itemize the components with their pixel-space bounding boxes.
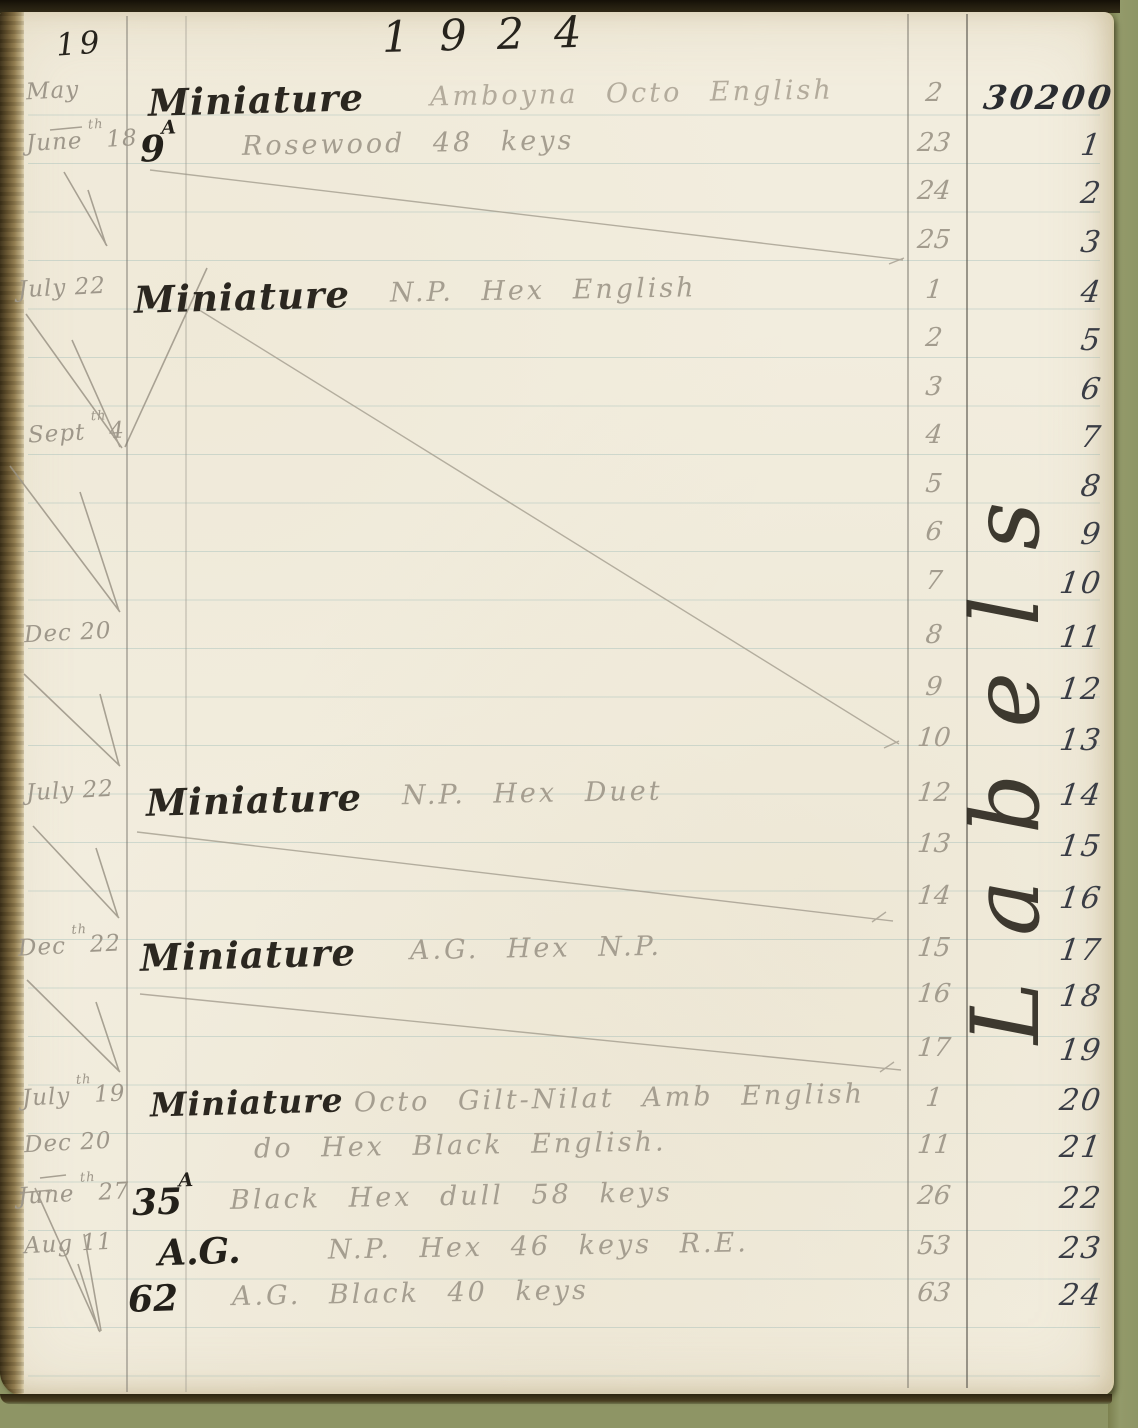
ledger-row: June th18 9A Rosewood 48 keys 23 1	[0, 128, 1112, 180]
ledger-row: Dec 20 do Hex Black English. 11 21	[0, 1130, 1112, 1182]
entry-ink-word: Miniature	[145, 775, 362, 825]
entry-date: Aug 11	[23, 1229, 113, 1260]
entry-serial: 22	[954, 1181, 1105, 1216]
entry-date: July 22	[25, 776, 114, 807]
ledger-row: 25 3	[0, 225, 1112, 277]
entry-serial: 13	[954, 723, 1105, 758]
entry-serial: 20	[954, 1083, 1105, 1118]
entry-serial: 15	[954, 829, 1105, 864]
ledger-row: Dec 20 8 11	[0, 620, 1112, 672]
ledger-row: July 22 Miniature N.P. Hex Duet 12 14	[0, 778, 1112, 830]
entry-serial: 14	[954, 778, 1105, 813]
entry-ink-word: Miniature	[150, 1080, 345, 1124]
ledger-row: 17 19	[0, 1033, 1112, 1085]
entry-description: N.P. Hex English	[390, 272, 697, 308]
entry-serial: 30200	[981, 78, 1132, 117]
entry-description: N.P. Hex 46 keys R.E.	[328, 1227, 749, 1265]
ledger-row: 6 9	[0, 517, 1112, 569]
entry-description: Rosewood 48 keys	[242, 125, 575, 162]
entry-ink-word: Miniature	[139, 930, 356, 980]
ledger-row: 13 15	[0, 829, 1112, 881]
entry-serial: 4	[954, 275, 1105, 310]
ledger-row: 5 8	[0, 469, 1112, 521]
entry-serial: 7	[954, 420, 1105, 455]
entry-date: Dec 20	[23, 618, 112, 649]
entry-ink-label: 62	[127, 1277, 179, 1321]
entry-date: Dec th22	[17, 930, 121, 961]
entry-ink-label: A.G.	[157, 1230, 241, 1275]
ledger-row: 62 A.G. Black 40 keys 63 24	[0, 1278, 1112, 1330]
ledger-scan: 19 1924 Labels May Miniature Amboyna Oct…	[0, 0, 1138, 1428]
entry-ink-label: 35A	[131, 1180, 197, 1224]
entry-date: May	[25, 77, 80, 106]
ledger-row: 3 6	[0, 372, 1112, 424]
ledger-row: Dec th22 Miniature A.G. Hex N.P. 15 17	[0, 933, 1112, 985]
entry-serial: 3	[954, 225, 1105, 260]
entry-serial: 6	[954, 372, 1105, 407]
entry-serial: 10	[954, 566, 1105, 601]
entry-serial: 19	[954, 1033, 1105, 1068]
entry-quantity: 2	[900, 78, 967, 108]
entry-serial: 21	[954, 1130, 1105, 1165]
book-bottom-edge	[0, 1394, 1112, 1404]
entry-serial: 5	[954, 323, 1105, 358]
entry-description: A.G. Hex N.P.	[410, 931, 662, 966]
ledger-row: 7 10	[0, 566, 1112, 618]
entry-description: do Hex Black English.	[254, 1126, 667, 1164]
entry-ink-word: Miniature	[133, 272, 350, 322]
entry-date: June th27	[17, 1178, 130, 1210]
entry-date: Sept th4	[27, 417, 125, 448]
entry-date: Dec 20	[23, 1128, 112, 1159]
entry-description: Black Hex dull 58 keys	[230, 1177, 673, 1216]
entry-serial: 18	[954, 979, 1105, 1014]
page-number: 19	[55, 24, 105, 63]
entry-serial: 9	[954, 517, 1105, 552]
ledger-row: June th27 35A Black Hex dull 58 keys 26 …	[0, 1181, 1112, 1233]
entry-serial: 8	[954, 469, 1105, 504]
entry-ink-label: 9A	[139, 127, 180, 170]
entry-serial: 1	[954, 128, 1105, 163]
entry-serial: 24	[954, 1278, 1105, 1313]
entry-serial: 17	[954, 933, 1105, 968]
entry-serial: 12	[954, 672, 1105, 707]
ledger-row: July th19 Miniature Octo Gilt-Nilat Amb …	[0, 1083, 1112, 1135]
entry-ink-word: Miniature	[147, 75, 364, 125]
entry-date: June th18	[25, 125, 138, 157]
ledger-row: 24 2	[0, 176, 1112, 228]
year-header: 1924	[381, 7, 612, 63]
entry-serial: 23	[954, 1231, 1105, 1266]
entry-date: July 22	[17, 273, 106, 304]
ledger-row: July 22 Miniature N.P. Hex English 1 4	[0, 275, 1112, 327]
entry-description: Amboyna Octo English	[430, 74, 834, 112]
entry-description: N.P. Hex Duet	[402, 776, 663, 812]
ledger-row: 14 16	[0, 881, 1112, 933]
entry-description: Octo Gilt-Nilat Amb English	[354, 1079, 866, 1119]
entry-serial: 16	[954, 881, 1105, 916]
ledger-row: 9 12	[0, 672, 1112, 724]
ledger-row: 10 13	[0, 723, 1112, 775]
ledger-row: 16 18	[0, 979, 1112, 1031]
entry-serial: 2	[954, 176, 1105, 211]
entry-serial: 11	[954, 620, 1105, 655]
entry-description: A.G. Black 40 keys	[232, 1275, 589, 1312]
entry-date: July th19	[21, 1080, 126, 1111]
ledger-row: Sept th4 4 7	[0, 420, 1112, 472]
ledger-row: 2 5	[0, 323, 1112, 375]
